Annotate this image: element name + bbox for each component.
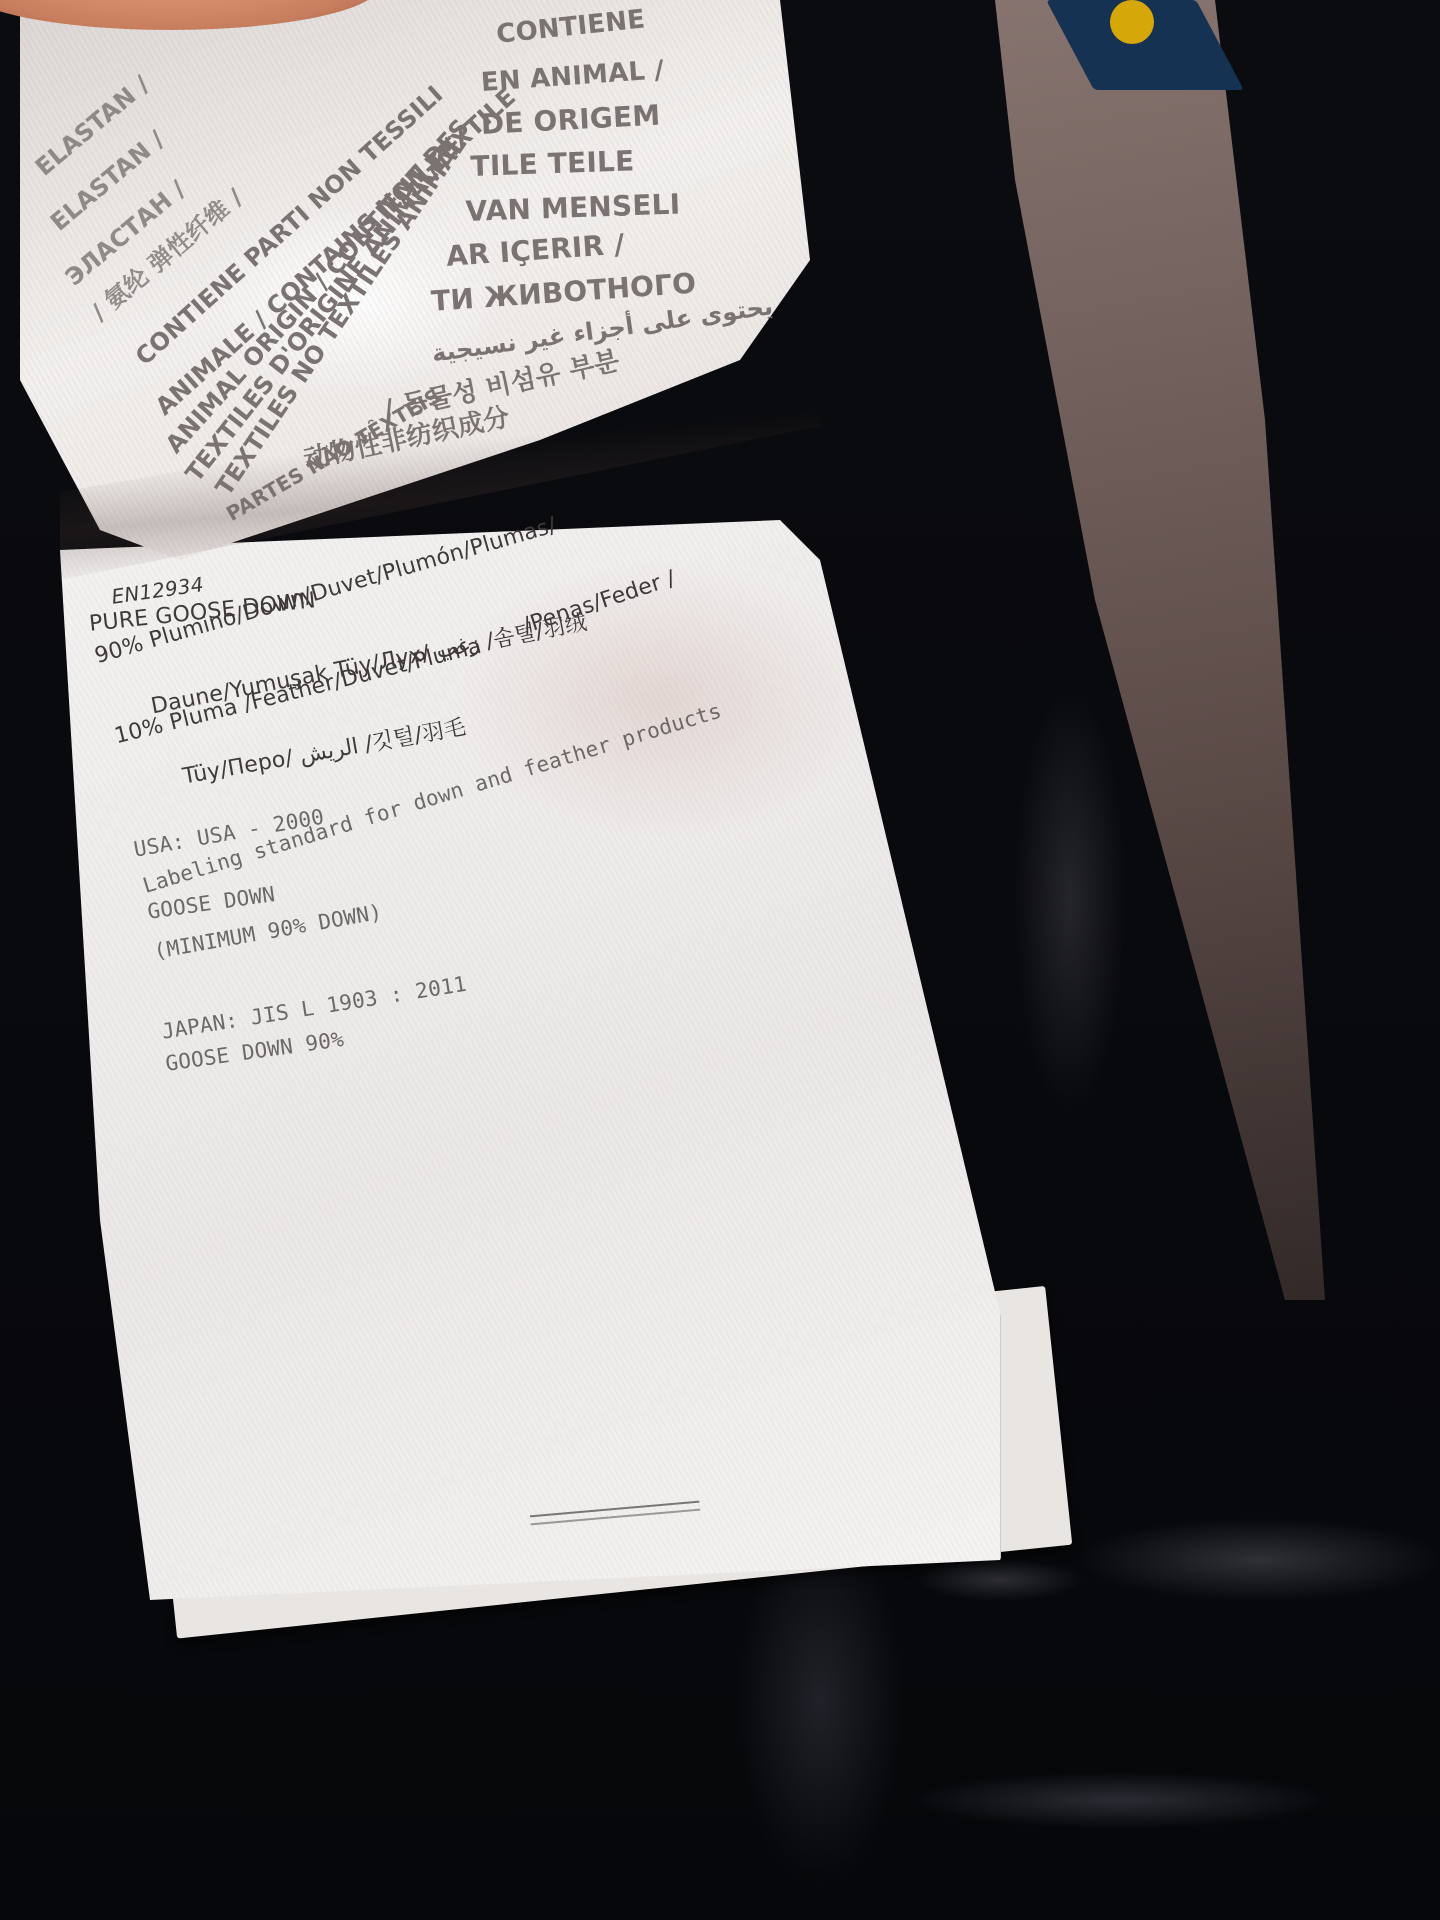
jacket-lining-flap [995, 0, 1325, 1300]
photo-scene: EN12934 PURE GOOSE DOWN 90% Plumino/Down… [0, 0, 1440, 1920]
brand-tag-dot [1110, 0, 1154, 44]
fold-right-line-4: TILE TEILE [470, 144, 635, 183]
